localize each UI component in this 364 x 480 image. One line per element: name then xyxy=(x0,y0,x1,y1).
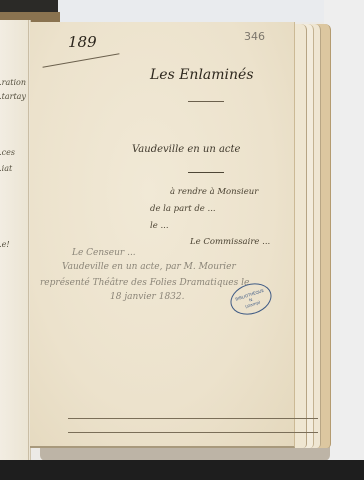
gutter-fold xyxy=(28,20,29,460)
scan-background-bottom xyxy=(0,460,364,480)
pencil-annotation-line: représenté Théâtre des Folies Dramatique… xyxy=(40,278,249,288)
facing-page-text: ...ces xyxy=(0,148,15,157)
facing-page-text: ...tartay xyxy=(0,92,26,101)
facing-page: ...ration ...tartay ) ...ces ...iat ...e… xyxy=(0,20,31,460)
torn-paper-edge xyxy=(68,432,318,433)
folio-underline xyxy=(43,53,120,68)
ink-note-line: à rendre à Monsieur xyxy=(170,187,258,197)
manuscript-page: 189 346 Les Enlaminés Vaudeville en un a… xyxy=(30,22,295,448)
pencil-annotation-line: Vaudeville en un acte, par M. Mourier xyxy=(62,262,236,272)
facing-page-text: ...iat xyxy=(0,164,12,173)
archive-number: 346 xyxy=(244,30,265,43)
pencil-annotation-line: 18 janvier 1832. xyxy=(110,292,184,302)
ink-note-line: le ... xyxy=(150,221,169,231)
pencil-annotation-line: Le Censeur ... xyxy=(72,248,136,258)
ink-note-line: de la part de ... xyxy=(150,204,216,214)
title-rule xyxy=(188,101,224,102)
document-subtitle: Vaudeville en un acte xyxy=(132,144,240,155)
ink-note-line: Le Commissaire ... xyxy=(190,237,270,247)
subtitle-rule xyxy=(188,172,224,173)
torn-paper-edge xyxy=(68,418,318,419)
folio-number: 189 xyxy=(68,33,97,51)
facing-page-text: ...e! xyxy=(0,240,10,249)
document-title: Les Enlaminés xyxy=(150,67,254,83)
page-shadow xyxy=(40,447,330,461)
facing-page-text: ...ration xyxy=(0,78,26,87)
